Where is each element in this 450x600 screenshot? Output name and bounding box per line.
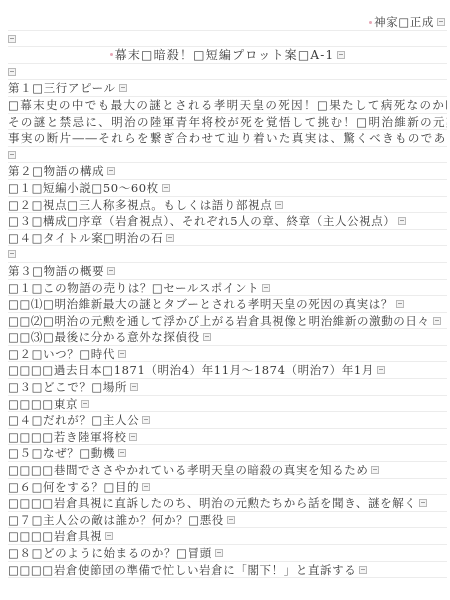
bullet-icon	[110, 53, 113, 56]
paragraph-mark-icon	[8, 250, 16, 258]
list-item: □８□どのように始まるのか？□冒頭	[8, 545, 447, 562]
paragraph-mark-icon	[203, 333, 211, 341]
list-item: □２□視点□三人称多視点。もしくは語り部視点	[8, 197, 447, 214]
paragraph-mark-icon	[371, 466, 379, 474]
paragraph-mark-icon	[359, 566, 367, 574]
paragraph-text: 事実の断片――それらを繋ぎ合わせて辿り着いた真実は、驚くべきものであった！	[8, 131, 447, 145]
paragraph-mark-icon	[118, 350, 126, 358]
section-2-heading: 第２□物語の構成	[8, 164, 104, 178]
list-item: □□□□過去日本□1871（明治4）年11月～1874（明治7）年1月	[8, 362, 447, 379]
list-item-text: □４□タイトル案□明治の石	[8, 231, 163, 245]
empty-row	[8, 31, 447, 48]
list-item-text: □□□□若き陸軍将校	[8, 430, 126, 444]
list-item: □２□いつ？□時代	[8, 346, 447, 363]
paragraph-mark-icon	[162, 184, 170, 192]
paragraph-mark-icon	[105, 532, 113, 540]
list-item: □□⑶□最後に分かる意外な探偵役	[8, 329, 447, 346]
empty-row	[8, 64, 447, 81]
list-item-text: □１□この物語の売りは？□セールスポイント	[8, 281, 259, 295]
paragraph-mark-icon	[377, 366, 385, 374]
list-item-text: □３□どこで？□場所	[8, 380, 127, 394]
empty-row	[8, 246, 447, 263]
list-item: □５□なぜ？□動機	[8, 445, 447, 462]
paragraph-mark-icon	[398, 217, 406, 225]
paragraph-mark-icon	[119, 84, 127, 92]
list-item-text: □６□何をする？□目的	[8, 480, 139, 494]
author-name: 神家□正成	[374, 15, 434, 29]
list-item: □□□□巷間でささやかれている孝明天皇の暗殺の真実を知るため	[8, 462, 447, 479]
list-item: □６□何をする？□目的	[8, 479, 447, 496]
list-item-text: □□□□過去日本□1871（明治4）年11月～1874（明治7）年1月	[8, 363, 374, 377]
paragraph-text: その謎と禁忌に、明治の陸軍青年将校が死を覚悟して挑む！□明治維新の元勲たちが語る	[8, 115, 447, 129]
paragraph-mark-icon	[215, 549, 223, 557]
list-item: □１□この物語の売りは？□セールスポイント	[8, 280, 447, 297]
list-item: □７□主人公の敵は誰か？何か？□悪役	[8, 512, 447, 529]
list-item-text: □３□構成□序章（岩倉視点）、それぞれ5人の章、終章（主人公視点）	[8, 214, 395, 228]
paragraph-mark-icon	[107, 167, 115, 175]
list-item: □４□だれが？□主人公	[8, 412, 447, 429]
paragraph-mark-icon	[337, 51, 345, 59]
list-item-text: □□□□岩倉具視	[8, 529, 102, 543]
paragraph-mark-icon	[142, 483, 150, 491]
list-item: □□□□岩倉具視	[8, 528, 447, 545]
paragraph-mark-icon	[166, 234, 174, 242]
list-item-text: □□⑶□最後に分かる意外な探偵役	[8, 330, 200, 344]
paragraph-mark-icon	[437, 18, 445, 26]
list-item: □□□□若き陸軍将校	[8, 429, 447, 446]
empty-row	[8, 147, 447, 164]
paragraph-mark-icon	[275, 201, 283, 209]
section-1-heading: 第１□三行アピール	[8, 81, 116, 95]
paragraph-mark-icon	[130, 383, 138, 391]
list-item-text: □□□□東京	[8, 397, 78, 411]
list-item-text: □２□視点□三人称多視点。もしくは語り部視点	[8, 198, 272, 212]
list-item: □□□□岩倉使節団の準備で忙しい岩倉に「閣下！」と直訴する	[8, 562, 447, 579]
list-item-text: □□⑴□明治維新最大の謎とタブーとされる孝明天皇の死因の真実は？	[8, 297, 393, 311]
list-item-text: □□□□岩倉使節団の準備で忙しい岩倉に「閣下！」と直訴する	[8, 563, 356, 577]
paragraph-mark-icon	[81, 400, 89, 408]
paragraph-line: □幕末史の中でも最大の謎とされる孝明天皇の死因！□果たして病死なのか暗殺なのか?	[8, 97, 447, 114]
list-item: □□□□岩倉具視に直訴したのち、明治の元勲たちから話を聞き、謎を解く	[8, 495, 447, 512]
list-item: □３□構成□序章（岩倉視点）、それぞれ5人の章、終章（主人公視点）	[8, 213, 447, 230]
paragraph-mark-icon	[396, 300, 404, 308]
list-item-text: □４□だれが？□主人公	[8, 413, 139, 427]
list-item-text: □□□□岩倉具視に直訴したのち、明治の元勲たちから話を聞き、謎を解く	[8, 496, 416, 510]
bullet-icon	[369, 21, 372, 24]
section-3-heading: 第３□物語の概要	[8, 264, 104, 278]
paragraph-mark-icon	[262, 284, 270, 292]
list-item: □□□□東京	[8, 396, 447, 413]
document-title-row: 幕末□暗殺！□短編プロット案□A-1	[8, 47, 447, 64]
list-item-text: □１□短編小説□50～60枚	[8, 181, 159, 195]
paragraph-line: その謎と禁忌に、明治の陸軍青年将校が死を覚悟して挑む！□明治維新の元勲たちが語る	[8, 114, 447, 131]
list-item-text: □５□なぜ？□動機	[8, 446, 115, 460]
list-item: □３□どこで？□場所	[8, 379, 447, 396]
paragraph-mark-icon	[8, 68, 16, 76]
paragraph-mark-icon	[129, 433, 137, 441]
paragraph-mark-icon	[142, 416, 150, 424]
list-item: □４□タイトル案□明治の石	[8, 230, 447, 247]
paragraph-mark-icon	[118, 449, 126, 457]
section-heading: 第１□三行アピール	[8, 80, 447, 97]
list-item: □□⑵□明治の元勲を通して浮かび上がる岩倉具視像と明治維新の激動の日々	[8, 313, 447, 330]
author-row: 神家□正成	[8, 14, 447, 31]
list-item-text: □□□□巷間でささやかれている孝明天皇の暗殺の真実を知るため	[8, 463, 368, 477]
section-heading: 第２□物語の構成	[8, 163, 447, 180]
list-item-text: □７□主人公の敵は誰か？何か？□悪役	[8, 513, 224, 527]
list-item: □１□短編小説□50～60枚	[8, 180, 447, 197]
document-title: 幕末□暗殺！□短編プロット案□A-1	[115, 48, 335, 62]
paragraph-text: □幕末史の中でも最大の謎とされる孝明天皇の死因！□果たして病死なのか暗殺なのか?	[8, 98, 447, 112]
paragraph-mark-icon	[227, 516, 235, 524]
paragraph-mark-icon	[419, 499, 427, 507]
list-item-text: □８□どのように始まるのか？□冒頭	[8, 546, 212, 560]
paragraph-line: 事実の断片――それらを繋ぎ合わせて辿り着いた真実は、驚くべきものであった！	[8, 130, 447, 147]
list-item: □□⑴□明治維新最大の謎とタブーとされる孝明天皇の死因の真実は？	[8, 296, 447, 313]
list-item-text: □□⑵□明治の元勲を通して浮かび上がる岩倉具視像と明治維新の激動の日々	[8, 314, 430, 328]
paragraph-mark-icon	[107, 267, 115, 275]
paragraph-mark-icon	[8, 151, 16, 159]
section-heading: 第３□物語の概要	[8, 263, 447, 280]
paragraph-mark-icon	[8, 35, 16, 43]
paragraph-mark-icon	[433, 317, 441, 325]
document-page: 神家□正成 幕末□暗殺！□短編プロット案□A-1 第１□三行アピール □幕末史の…	[0, 0, 450, 578]
list-item-text: □２□いつ？□時代	[8, 347, 115, 361]
